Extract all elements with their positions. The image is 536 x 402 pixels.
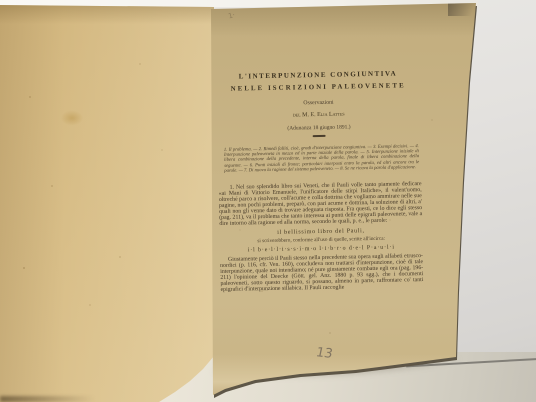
title-divider-rule bbox=[313, 135, 326, 137]
handwritten-page-number: 13 bbox=[314, 345, 334, 361]
book-photo-scene: 1· L'INTERPUNZIONE CONGIUNTIVA NELLE ISC… bbox=[0, 0, 536, 402]
title-line-2: NELLE ISCRIZIONI PALEOVENETE bbox=[216, 82, 421, 93]
section-index: 1. Il problema. — 2. Rimedi falliti, cio… bbox=[217, 144, 422, 175]
pencil-mark: 1· bbox=[227, 11, 236, 20]
body-paragraph-2: Giustamente perciò il Pauli stesso nella… bbox=[219, 254, 425, 294]
author-line: del M. E. Elia Lattes bbox=[216, 110, 421, 120]
connector-line: si scriverebbero, conforme all'uso di qu… bbox=[219, 235, 424, 245]
body-paragraph-1: 1. Nel suo splendido libro sui Veneti, c… bbox=[218, 182, 424, 228]
title-line-1: L'INTERPUNZIONE CONGIUNTIVA bbox=[215, 69, 420, 81]
left-page-edge-shadow bbox=[0, 396, 95, 402]
printed-text-column: 1· L'INTERPUNZIONE CONGIUNTIVA NELLE ISC… bbox=[214, 0, 425, 294]
subtitle-osservazioni: Osservazioni bbox=[216, 98, 421, 108]
session-date-line: (Adunanza 18 giugno 1891.) bbox=[216, 123, 421, 133]
